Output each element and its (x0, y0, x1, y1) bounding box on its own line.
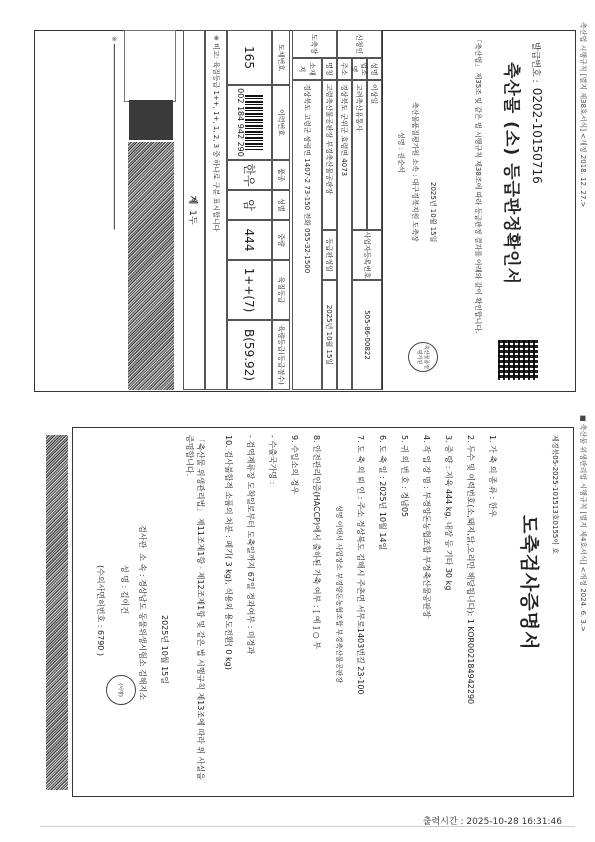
slaughterhouse-name: 고령축산물공판장 부경축산물공판장 (322, 80, 337, 230)
issue-number: 0202-10150716 (530, 88, 544, 184)
cert1-issuer-line: 축산물품질평가원 소속 : 대구경북지원 도축장 (410, 102, 420, 242)
issue-number-block: 발급번호 : 0202-10150716 (529, 42, 548, 372)
cert1-issuer-name: 성명 : 권순석 (396, 132, 406, 173)
slaughterhouse-address: 경상북도 고령군 쌍림면 1407-2 73-150 전화 055-32-150… (292, 80, 322, 390)
inspection-items: 1. 가 축 의 종 류 : 한우 2. 두수 및 이력번호(소,돼지,닭,오리… (212, 435, 498, 790)
yield-grade: B(59.92) (227, 320, 272, 390)
item-row: 8. 안전관리인증(HACCP)에서 출하된 가축 여부 : [ 예 ] ○ 부 (300, 435, 322, 790)
cert1-intro: 「축산법」 제35조 및 같은 법 시행규칙 제38조에 따라 등급판정 결과를… (473, 36, 483, 386)
item-row: 5. 귀 의 번 호 : 경남05 (388, 435, 410, 790)
issue-number-label: 발급번호 : (530, 42, 540, 83)
carcass-number: 165 (227, 30, 272, 85)
item-row: 2. 두수 및 이력번호(소,돼지,닭,오리만 해당됩니다): 1 KOR002… (454, 435, 476, 790)
cert1-header-note: 축산법 시행규칙 [별지 제38호서식] <개정 2018. 12. 27.> (578, 22, 588, 207)
grading-remark: ※ 비고: 육질등급 1++, 1+, 1, 2, 3 중 하나로 구분 표시합… (205, 30, 227, 390)
applicant-name: 이상일 (367, 80, 382, 230)
item-row: - 검역계류장 도착일로부터 도축일까지 67일 경과여부 : 미경과 (234, 435, 256, 790)
total-row: 계 1두 (183, 30, 205, 390)
slaughter-inspection-certificate: ■ 축산물 위생관리법 시행규칙 [별지 제4호서식] <개정 2024. 6.… (43, 415, 588, 805)
trace-number: 002 184 942 290 (236, 88, 245, 157)
item-row: 1. 가 축 의 종 류 : 한우 (476, 435, 498, 790)
applicant-section-label: 신청인 (337, 30, 382, 58)
item-row: - 수출국가명 : (256, 435, 278, 790)
item-row: 성명 이택서 사업장소 부경양돈농협조합 부경축산물공판장 (322, 435, 344, 790)
inspector-seal-icon: (서명) (106, 675, 136, 705)
security-pattern (46, 435, 68, 790)
item-row: 6. 도 축 일 : 2025년 10월 14일 (366, 435, 388, 790)
applicant-company: 고려축산유통사 (352, 80, 367, 230)
cert2-header-note: ■ 축산물 위생관리법 시행규칙 [별지 제4호서식] <개정 2024. 6.… (578, 415, 588, 632)
qr-code-icon (498, 340, 538, 380)
item-row: 3. 중 량 : 지육 444 kg, 내장 등 기타 30 kg (432, 435, 454, 790)
grading-date: 2025년 10월 15일 (322, 280, 337, 390)
applicant-address: 경상북도 군위군 효령면 4073 (337, 80, 352, 390)
applicant-bizno: 505-86-00822 (352, 280, 382, 390)
security-pattern (124, 30, 176, 390)
cert1-date: 2025년 10월 15일 (428, 182, 438, 242)
grading-results-table: 도체번호 이력번호 품종 성별 중량 육질등급 육량등급(등급점수) 165 0… (180, 30, 290, 390)
sex: 암 (227, 190, 272, 220)
item-row: 9. 수입소의 경우 (278, 435, 300, 790)
barcode-icon (245, 95, 263, 150)
weight: 444 (227, 220, 272, 260)
breed: 한우 (227, 160, 272, 190)
item-row: 10. 검사불합격 소품의 처분 : 폐기( 3 kg), 식용외 용도전환( … (212, 435, 234, 790)
print-timestamp: 출력시간 : 2025-10-28 16:31:46 (423, 814, 562, 827)
official-seal-icon: 축산물품질평가원 (408, 342, 438, 372)
inspector-affiliation: 검사관 소 속 : 경상남도 동물위생시험소 김해지소 (137, 525, 148, 700)
cert2-title: 도축검사증명서 (517, 515, 544, 650)
vet-license: (수의사면허번호 : 6790 ) (95, 565, 106, 656)
item-row: 4. 작 업 장 명 : 부경양돈농협조합 부경축산물공판장 (410, 435, 432, 790)
item-row: 7. 도 축 의 뢰 인 : 주소 경상북도 김해시 주촌면 서부로1403번길… (344, 435, 366, 790)
inspector-name: 성 명 : 김이건 (119, 565, 130, 614)
slaughterhouse-section-label: 도축장 (292, 30, 337, 58)
cert1-title: 축산물 (소) 등급판정확인서 (501, 62, 526, 285)
cert2-date: 2025년 10월 15일 (159, 615, 170, 684)
quality-grade: 1++(7) (227, 260, 272, 320)
applicant-table: 신청인 성명 이상일 업소명 고려축산유통사 사업자등록번호 505-86-00… (292, 30, 383, 390)
cert1-fineprint: ※ ━━━━━━━━━━━━━━━━━━━━━━━━━━━━━━━━━━━━━━… (110, 36, 118, 386)
grading-certificate: 축산법 시행규칙 [별지 제38호서식] <개정 2018. 12. 27.> … (28, 22, 588, 402)
cert2-statement: 「축산물 위생관리법」 제11조제1항 · 제12조제1항 및 같은 법 시행규… (184, 435, 206, 790)
trace-number-cell: 002 184 942 290 (227, 85, 272, 160)
cert2-doc-number: 제경북05-2025-101513호0155이 호 (550, 435, 560, 554)
